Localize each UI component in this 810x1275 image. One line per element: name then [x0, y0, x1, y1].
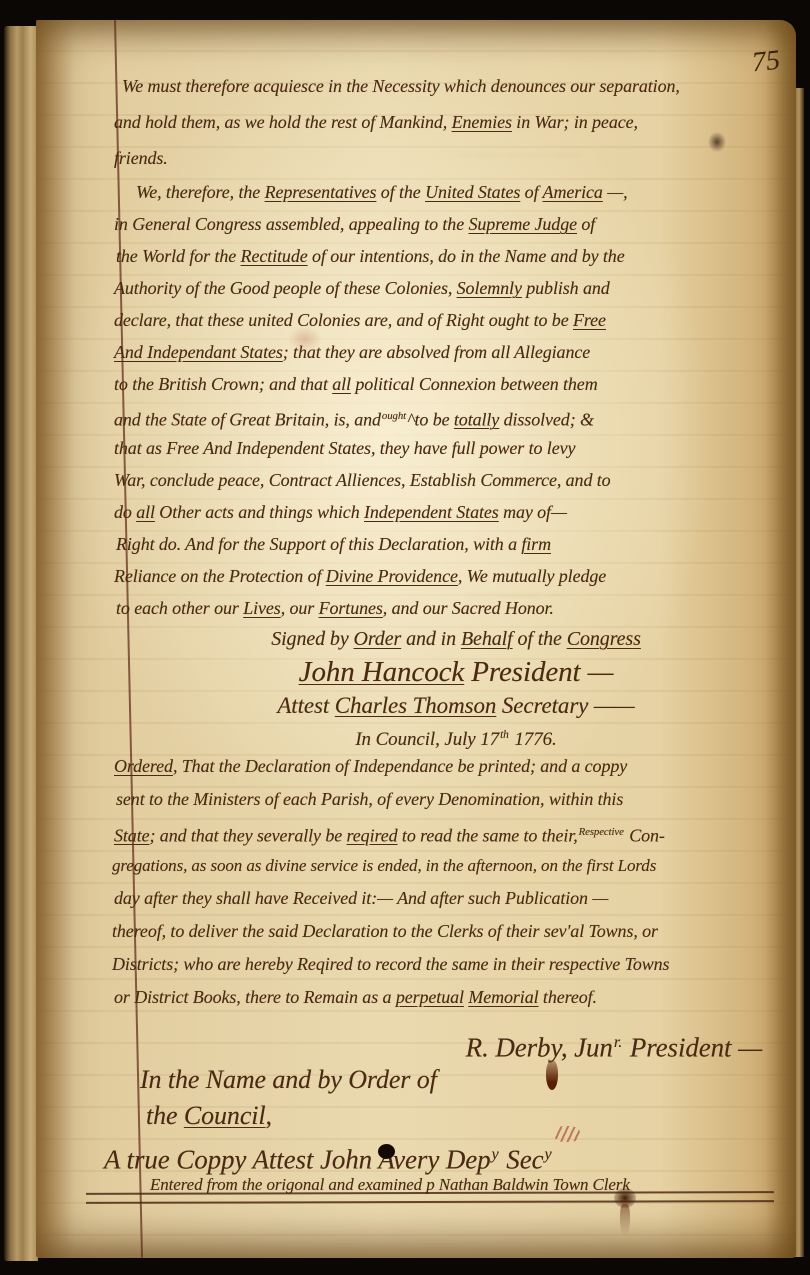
text-run: President — [623, 1033, 762, 1063]
text-run: gregations, as soon as divine service is… [112, 856, 656, 875]
underlined-word: Representatives [265, 182, 377, 202]
text-run: and hold them, as we hold the rest of Ma… [114, 112, 452, 132]
underlined-word: all [136, 502, 155, 522]
manuscript-line: R. Derby, Junr. President — [120, 1022, 792, 1062]
text-run: Authority of the Good people of these Co… [114, 278, 457, 298]
underlined-word: John Hancock [299, 656, 464, 688]
text-run: R. Derby, Jun [466, 1033, 613, 1063]
text-run: thereof, to deliver the said Declaration… [112, 921, 658, 941]
text-run: Reliance on the Protection of [114, 566, 326, 586]
manuscript-line: declare, that these united Colonies are,… [114, 304, 792, 336]
text-run: to the British Crown; and that [114, 374, 332, 394]
underlined-word: And Independant States [114, 342, 283, 362]
text-run: the World for the [116, 246, 241, 266]
underlined-word: Divine Providence [326, 566, 458, 586]
text-run: , our [281, 598, 319, 618]
manuscript-line: Reliance on the Protection of Divine Pro… [114, 560, 792, 592]
book-binding-edge [4, 26, 38, 1261]
manuscript-line: or District Books, there to Remain as a … [114, 981, 792, 1014]
red-ink-streaks [554, 1126, 580, 1142]
underlined-word: Charles Thomson [335, 693, 496, 718]
text-run: and in [401, 628, 461, 650]
text-run: of [520, 182, 542, 202]
manuscript-line: do all Other acts and things which Indep… [114, 496, 792, 528]
manuscript-page: 75 We must therefore acquiesce in the Ne… [36, 20, 796, 1258]
text-run: Con- [625, 825, 665, 845]
manuscript-line: to each other our Lives, our Fortunes, a… [116, 592, 792, 624]
text-run: , We mutually pledge [458, 566, 606, 586]
inserted-word: r. [614, 1033, 622, 1051]
text-run: of the [376, 182, 425, 202]
text-run: declare, that these united Colonies are,… [114, 310, 573, 330]
manuscript-line: In Council, July 17th 1776. [120, 721, 792, 750]
manuscript-line: Right do. And for the Support of this De… [116, 528, 792, 560]
manuscript-text: We must therefore acquiesce in the Neces… [120, 68, 792, 1197]
manuscript-line: War, conclude peace, Contract Alliences,… [114, 464, 792, 496]
text-run: Attest [277, 693, 334, 718]
text-run: A true Coppy Attest John Avery Dep [104, 1145, 491, 1175]
closing-double-rule [86, 1191, 774, 1204]
text-run: Right do. And for the Support of this De… [116, 534, 521, 554]
underlined-word: Order [354, 628, 402, 650]
underlined-word: State [114, 825, 150, 845]
text-run: the [146, 1101, 184, 1130]
manuscript-line: friends. [114, 140, 792, 176]
text-run: sent to the Ministers of each Parish, of… [116, 789, 623, 809]
manuscript-line: the World for the Rectitude of our inten… [116, 240, 792, 272]
text-run: dissolved; & [499, 409, 594, 429]
text-run: War, conclude peace, Contract Alliences,… [114, 470, 611, 490]
text-run: In the Name and by Order of [140, 1065, 437, 1094]
ink-blot-rule-drip [620, 1204, 630, 1236]
underlined-word: Council [184, 1101, 266, 1130]
text-run: We must therefore acquiesce in the Neces… [122, 76, 680, 96]
text-run: , That the Declaration of Independance b… [173, 756, 627, 776]
text-run: and the State of Great Britain, is, and [114, 409, 381, 429]
text-run: do [114, 502, 136, 522]
ink-blot-dot [378, 1144, 395, 1159]
text-run: publish and [522, 278, 610, 298]
ink-blot-smudge [708, 132, 726, 152]
manuscript-line: gregations, as soon as divine service is… [112, 849, 792, 882]
text-run: President — [464, 656, 613, 688]
inserted-word: Respective [579, 826, 624, 838]
text-run: thereof. [539, 987, 597, 1007]
underlined-word: Congress [567, 628, 641, 650]
text-run: ^to be [407, 409, 454, 429]
underlined-word: Behalf [461, 628, 513, 650]
underlined-word: Ordered [114, 756, 173, 776]
underlined-word: Fortunes [319, 598, 383, 618]
manuscript-line: day after they shall have Received it:— … [114, 882, 792, 915]
manuscript-line: and hold them, as we hold the rest of Ma… [114, 104, 792, 140]
manuscript-line: Authority of the Good people of these Co… [114, 272, 792, 304]
inserted-word: y [544, 1145, 551, 1163]
manuscript-line: We must therefore acquiesce in the Neces… [122, 68, 792, 104]
text-run: of the [513, 628, 567, 650]
text-run: Signed by [271, 628, 353, 650]
manuscript-line: Signed by Order and in Behalf of the Con… [120, 624, 792, 654]
underlined-word: Rectitude [241, 246, 308, 266]
manuscript-line: Districts; who are hereby Reqired to rec… [112, 948, 792, 981]
underlined-word: totally [454, 409, 499, 429]
text-run: 1776. [510, 729, 557, 750]
manuscript-line: A true Coppy Attest John Avery Depy Secy [104, 1135, 792, 1173]
underlined-word: perpetual [396, 987, 464, 1007]
manuscript-line: that as Free And Independent States, the… [114, 432, 792, 464]
underlined-word: Free [573, 310, 606, 330]
underlined-word: Solemnly [457, 278, 522, 298]
text-run: ; and that they severally be [150, 825, 347, 845]
manuscript-line: We, therefore, the Representatives of th… [136, 176, 792, 208]
text-run: day after they shall have Received it:— … [114, 888, 608, 908]
text-run: political Connexion between them [351, 374, 598, 394]
text-run: of [577, 214, 595, 234]
text-run: may of— [499, 502, 567, 522]
underlined-word: firm [521, 534, 551, 554]
manuscript-line: Ordered, That the Declaration of Indepen… [114, 750, 792, 783]
underlined-word: America [543, 182, 603, 202]
text-run: in War; in peace, [512, 112, 638, 132]
underlined-word: Supreme Judge [469, 214, 578, 234]
inserted-word: th [500, 729, 509, 741]
text-run: in General Congress assembled, appealing… [114, 214, 469, 234]
underlined-word: Independent States [364, 502, 499, 522]
manuscript-line: State; and that they severally be reqire… [114, 816, 792, 849]
underlined-word: reqired [347, 825, 398, 845]
text-run: that as Free And Independent States, the… [114, 438, 575, 458]
underlined-word: United States [425, 182, 520, 202]
text-run: Secretary —— [496, 693, 634, 718]
text-run: Sec [500, 1145, 544, 1175]
inserted-word: ought [382, 410, 406, 422]
manuscript-line: and the State of Great Britain, is, ando… [114, 400, 792, 432]
manuscript-line: In the Name and by Order of [140, 1062, 792, 1098]
text-run: ; that they are absolved from all Allegi… [283, 342, 590, 362]
text-run: Other acts and things which [155, 502, 364, 522]
underlined-word: all [332, 374, 351, 394]
manuscript-line: in General Congress assembled, appealing… [114, 208, 792, 240]
text-run: or District Books, there to Remain as a [114, 987, 396, 1007]
text-run: to read the same to their, [398, 825, 578, 845]
text-run: to each other our [116, 598, 243, 618]
text-run: of our intentions, do in the Name and by… [308, 246, 625, 266]
manuscript-line: Attest Charles Thomson Secretary —— [120, 690, 792, 721]
manuscript-line: sent to the Ministers of each Parish, of… [116, 783, 792, 816]
manuscript-line: thereof, to deliver the said Declaration… [112, 915, 792, 948]
paper-stain [288, 326, 322, 352]
ink-blot-drip [546, 1060, 558, 1090]
text-run: —, [603, 182, 628, 202]
manuscript-line: the Council, [146, 1098, 792, 1133]
underlined-word: Memorial [468, 987, 538, 1007]
underlined-word: Lives [243, 598, 281, 618]
text-run: , [266, 1101, 272, 1130]
manuscript-line: to the British Crown; and that all polit… [114, 368, 792, 400]
text-run: Districts; who are hereby Reqired to rec… [112, 954, 669, 974]
manuscript-line: John Hancock President — [120, 654, 792, 690]
text-run: friends. [114, 148, 168, 168]
underlined-word: Enemies [452, 112, 512, 132]
text-run: , and our Sacred Honor. [383, 598, 554, 618]
photo-stage: 75 We must therefore acquiesce in the Ne… [0, 0, 810, 1275]
text-run: We, therefore, the [136, 182, 265, 202]
inserted-word: y [492, 1145, 499, 1163]
manuscript-line: And Independant States; that they are ab… [114, 336, 792, 368]
text-run: In Council, July 17 [355, 729, 499, 750]
